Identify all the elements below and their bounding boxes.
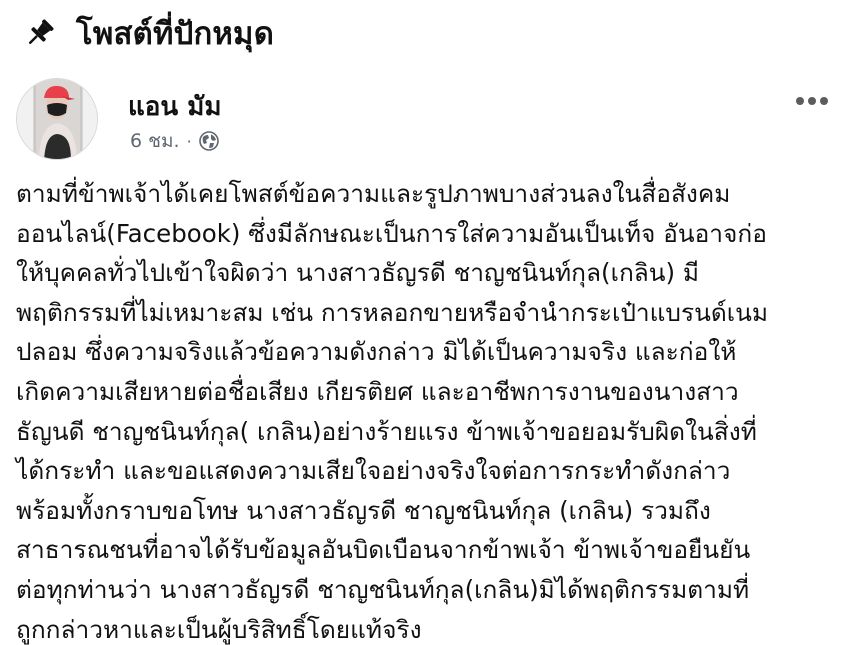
more-options-button[interactable] [792,88,832,114]
more-horizontal-icon [796,97,804,105]
more-horizontal-icon [808,97,816,105]
post-timestamp[interactable]: 6 ชม. [130,126,180,156]
pinned-posts-title: โพสต์ที่ปักหมุด [76,8,274,58]
pushpin-icon [22,15,58,51]
pinned-post-page: โพสต์ที่ปักหมุด แอน มัม 6 ชม [0,0,850,645]
post-body-line: ตามที่ข้าพเจ้าได้เคยโพสต์ข้อความและรูปภา… [16,174,846,214]
author-name[interactable]: แอน มัม [128,86,221,127]
post-body-line: ให้บุคคลทั่วไปเข้าใจผิดว่า นางสาวธัญรดี … [16,253,846,293]
post-header: แอน มัม 6 ชม. · [16,78,832,162]
post-body-line: พฤติกรรมที่ไม่เหมาะสม เช่น การหลอกขายหรื… [16,293,846,333]
post-body-line: ธัญนดี ชาญชนินท์กุล( เกลิน)อย่างร้ายแรง … [16,412,846,452]
more-horizontal-icon [820,97,828,105]
avatar[interactable] [16,78,98,160]
post-body: ตามที่ข้าพเจ้าได้เคยโพสต์ข้อความและรูปภา… [16,174,846,645]
post-body-line: ได้กระทำ และขอแสดงความเสียใจอย่างจริงใจต… [16,451,846,491]
globe-icon[interactable] [199,131,219,151]
post-body-line: ปลอม ซึ่งความจริงแล้วข้อความดังกล่าว มิไ… [16,332,846,372]
post-body-line: สาธารณชนที่อาจได้รับข้อมูลอันบิดเบือนจาก… [16,530,846,570]
post-body-line: ถูกกล่าวหาและเป็นผู้บริสิทธิ์โดยแท้จริง [16,610,846,645]
post-body-line: ออนไลน์(Facebook) ซึ่งมีลักษณะเป็นการใส่… [16,214,846,254]
post-body-line: เกิดความเสียหายต่อชื่อเสียง เกียรติยศ แล… [16,372,846,412]
post-meta: 6 ชม. · [130,126,219,156]
meta-separator: · [187,132,192,151]
pinned-posts-header: โพสต์ที่ปักหมุด [22,8,274,58]
post-body-line: พร้อมทั้งกราบขอโทษ นางสาวธัญรดี ชาญชนินท… [16,491,846,531]
post-body-line: ต่อทุกท่านว่า นางสาวธัญรดี ชาญชนินท์กุล(… [16,570,846,610]
